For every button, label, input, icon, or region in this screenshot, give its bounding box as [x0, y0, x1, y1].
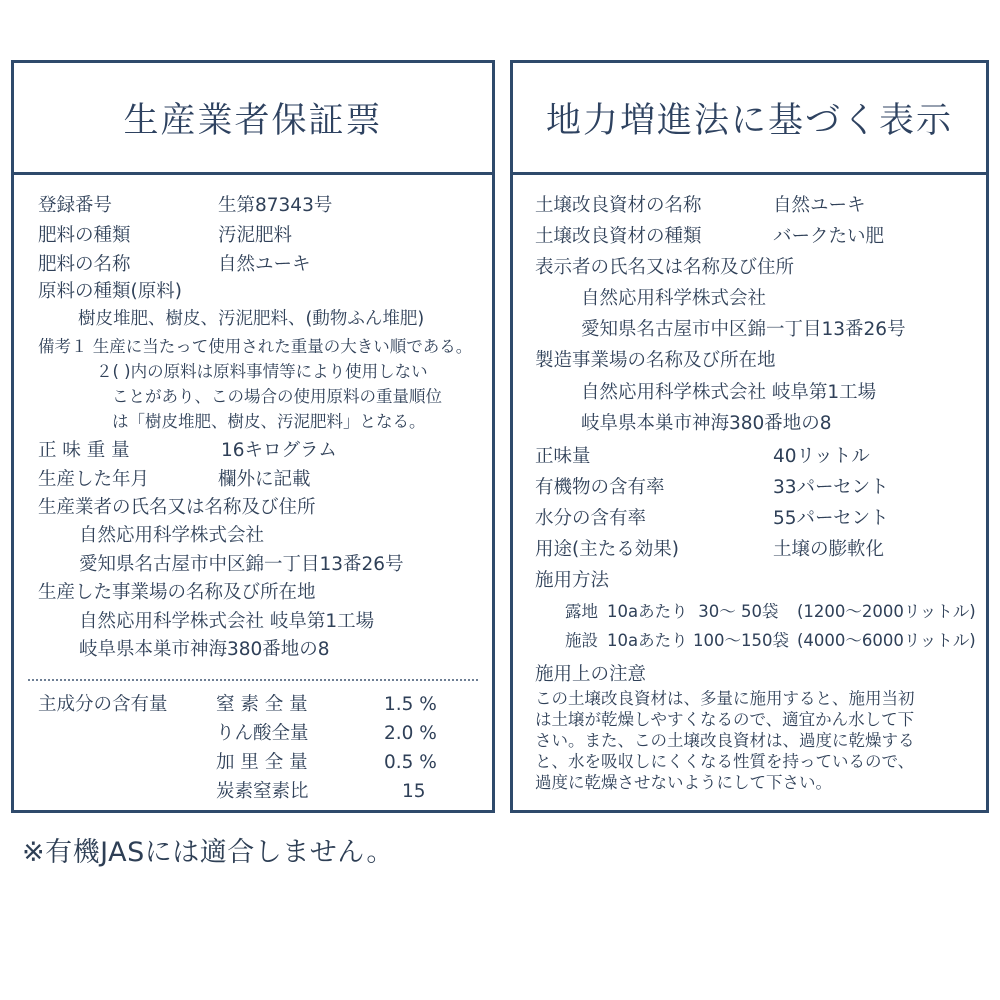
panel-header: 生産業者保証票 [14, 63, 492, 175]
factory-label: 生産した事業場の名称及び所在地 [38, 582, 316, 604]
factory-address: 岐阜県本巣市神海380番地の8 [79, 639, 330, 661]
component-value: 15 [402, 781, 426, 803]
caution-line: さい。また、この土壌改良資材は、過度に乾燥する [535, 730, 915, 751]
field-value: バークたい肥 [773, 226, 884, 248]
field-value: 生第87343号 [218, 195, 332, 217]
dotted-divider [28, 679, 478, 681]
field-value: 汚泥肥料 [218, 225, 292, 247]
producer-address: 愛知県名古屋市中区錦一丁目13番26号 [79, 554, 404, 576]
labeler-name: 自然応用科学株式会社 [581, 288, 766, 310]
note-line-4: は「樹皮堆肥、樹皮、汚泥肥料」となる。 [112, 411, 426, 433]
producer-guarantee-panel: 生産業者保証票 登録番号 生第87343号 肥料の種類 汚泥肥料 肥料の名称 自… [11, 60, 495, 813]
organic-jas-footnote: ※有機JASには適合しません。 [22, 830, 394, 869]
caution-line: この土壌改良資材は、多量に施用すると、施用当初 [535, 688, 915, 709]
field-label: 正 味 重 量 [38, 440, 130, 462]
component-name: りん酸全量 [216, 723, 309, 745]
panel-title: 生産業者保証票 [123, 93, 382, 143]
component-name: 窒 素 全 量 [216, 694, 308, 716]
application-amount: 100〜150袋 [693, 630, 789, 652]
field-value: 16キログラム [221, 440, 337, 462]
application-place: 施設 [565, 630, 598, 652]
application-per: 10aあたり [607, 601, 688, 623]
field-label: 登録番号 [38, 195, 112, 217]
caution-line: は土壌が乾燥しやすくなるので、適宜かん水して下 [535, 709, 914, 730]
component-value: 0.5 % [384, 752, 437, 774]
application-place: 露地 [565, 601, 598, 623]
application-amount: 30〜 50袋 [693, 601, 778, 623]
components-label: 主成分の含有量 [38, 694, 168, 716]
component-value: 2.0 % [384, 723, 437, 745]
field-label: 肥料の種類 [38, 225, 131, 247]
factory-name: 自然応用科学株式会社 岐阜第1工場 [79, 611, 374, 633]
field-value: 40リットル [773, 446, 870, 468]
field-label: 土壌改良資材の名称 [535, 195, 702, 217]
panel-title: 地力増進法に基づく表示 [546, 93, 953, 143]
caution-line: 過度に乾燥させないようにして下さい。 [535, 772, 832, 793]
field-label: 正味量 [535, 446, 591, 468]
note-line-1: 備考１ 生産に当たって使用された重量の大きい順である。 [38, 336, 472, 358]
raw-material-label: 原料の種類(原料) [38, 281, 182, 303]
factory-label: 製造事業場の名称及び所在地 [535, 350, 776, 372]
field-value: 土壌の膨軟化 [773, 539, 884, 561]
producer-label: 生産業者の氏名又は名称及び住所 [38, 497, 316, 519]
field-label: 水分の含有率 [535, 508, 646, 530]
component-name: 炭素窒素比 [216, 781, 309, 803]
field-label: 生産した年月 [38, 469, 149, 491]
field-value: 33パーセント [773, 477, 889, 499]
field-label: 肥料の名称 [38, 254, 131, 276]
application-volume: (4000〜6000リットル) [797, 630, 976, 652]
soil-improvement-law-panel: 地力増進法に基づく表示 土壌改良資材の名称 自然ユーキ 土壌改良資材の種類 バー… [510, 60, 989, 813]
field-value: 自然ユーキ [773, 195, 866, 217]
field-value: 自然ユーキ [218, 254, 311, 276]
field-label: 有機物の含有率 [535, 477, 665, 499]
note-line-2: ２( )内の原料は原料事情等により使用しない [96, 361, 428, 383]
caution-line: と、水を吸収しにくくなる性質を持っているので、 [535, 751, 914, 772]
panel-header: 地力増進法に基づく表示 [513, 63, 986, 175]
raw-material-value: 樹皮堆肥、樹皮、汚泥肥料、(動物ふん堆肥) [78, 308, 424, 330]
component-name: 加 里 全 量 [216, 752, 308, 774]
application-method-label: 施用方法 [535, 570, 609, 592]
application-volume: (1200〜2000リットル) [797, 601, 976, 623]
labeler-label: 表示者の氏名又は名称及び住所 [535, 257, 794, 279]
field-value: 欄外に記載 [218, 469, 311, 491]
field-value: 55パーセント [773, 508, 889, 530]
factory-address: 岐阜県本巣市神海380番地の8 [581, 413, 832, 435]
labeler-address: 愛知県名古屋市中区錦一丁目13番26号 [581, 319, 906, 341]
note-line-3: ことがあり、この場合の使用原料の重量順位 [112, 386, 442, 408]
producer-name: 自然応用科学株式会社 [79, 525, 264, 547]
field-label: 用途(主たる効果) [535, 539, 679, 561]
application-per: 10aあたり [607, 630, 688, 652]
field-label: 土壌改良資材の種類 [535, 226, 702, 248]
factory-name: 自然応用科学株式会社 岐阜第1工場 [581, 382, 876, 404]
component-value: 1.5 % [384, 694, 437, 716]
caution-label: 施用上の注意 [535, 664, 646, 686]
